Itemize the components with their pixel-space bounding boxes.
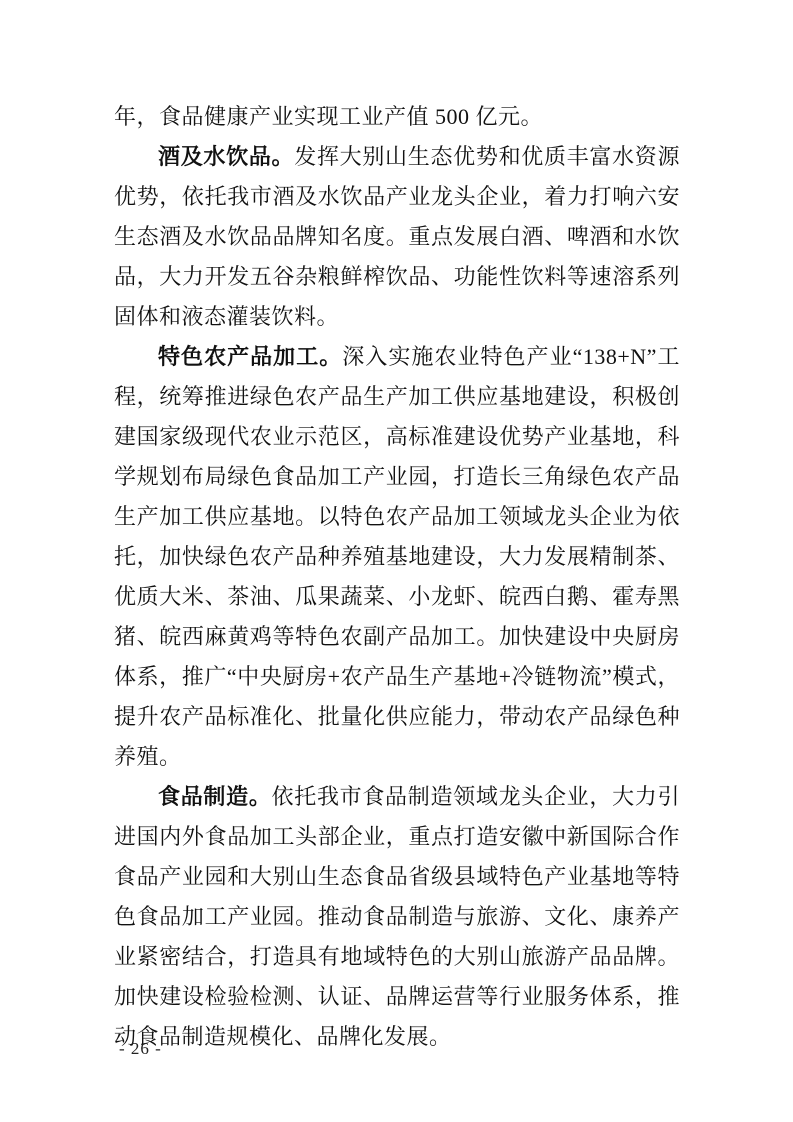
page-footer: - 26 -: [119, 1038, 162, 1060]
document-page: 年，食品健康产业实现工业产值 500 亿元。 酒及水饮品。发挥大别山生态优势和优…: [0, 0, 793, 1122]
paragraph-tese-nongchanpin-jiagong: 特色农产品加工。深入实施农业特色产业“138+N”工程，统筹推进绿色农产品生产加…: [114, 337, 680, 777]
paragraph-continuation: 年，食品健康产业实现工业产值 500 亿元。: [114, 97, 680, 137]
paragraph-lead: 食品制造。: [158, 784, 272, 809]
paragraph-lead: 特色农产品加工。: [158, 344, 342, 369]
paragraph-text: 年，食品健康产业实现工业产值 500 亿元。: [114, 104, 543, 129]
paragraph-shipin-zhizao: 食品制造。依托我市食品制造领域龙头企业，大力引进国内外食品加工头部企业，重点打造…: [114, 777, 680, 1057]
paragraph-jiu-ji-shui-yin-pin: 酒及水饮品。发挥大别山生态优势和优质丰富水资源优势，依托我市酒及水饮品产业龙头企…: [114, 137, 680, 337]
paragraph-lead: 酒及水饮品。: [158, 144, 294, 169]
paragraph-text: 依托我市食品制造领域龙头企业，大力引进国内外食品加工头部企业，重点打造安徽中新国…: [114, 784, 680, 1049]
document-body: 年，食品健康产业实现工业产值 500 亿元。 酒及水饮品。发挥大别山生态优势和优…: [114, 97, 680, 1057]
page-number: - 26 -: [119, 1039, 162, 1058]
paragraph-text: 深入实施农业特色产业“138+N”工程，统筹推进绿色农产品生产加工供应基地建设，…: [114, 344, 680, 769]
paragraph-text: 发挥大别山生态优势和优质丰富水资源优势，依托我市酒及水饮品产业龙头企业，着力打响…: [114, 144, 680, 329]
